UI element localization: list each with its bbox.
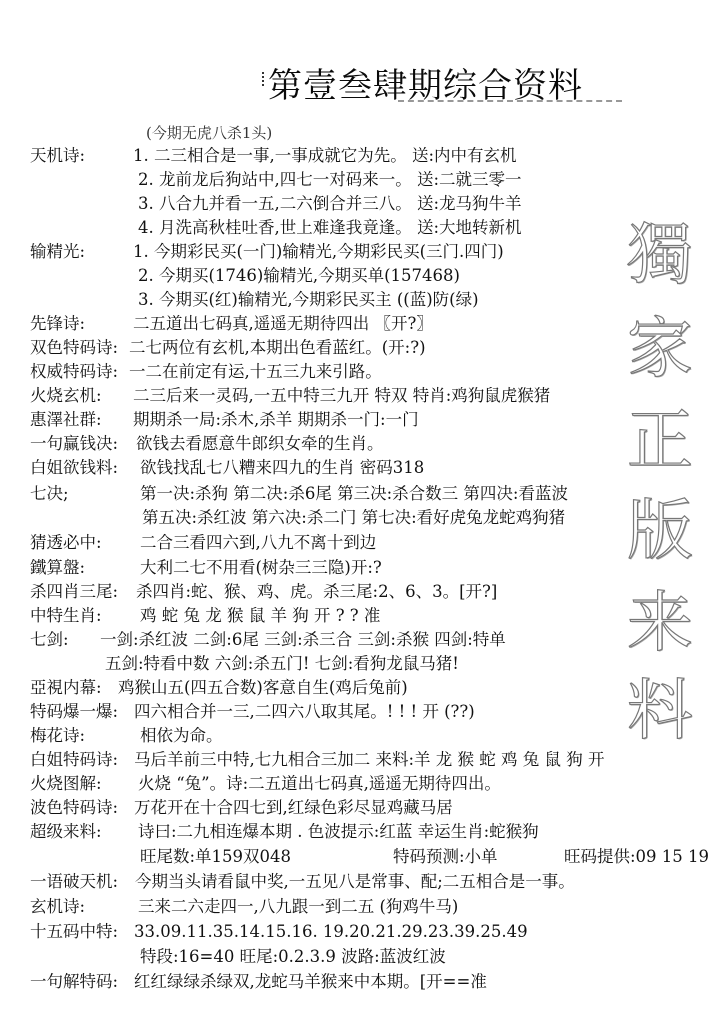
poem-line: 2. 龙前龙后狗站中,四七一对码来一。 送:二就三零一 bbox=[138, 168, 522, 192]
line: 一剑:杀红波 二剑:6尾 三剑:杀三合 三剑:杀猴 四剑:特单 bbox=[100, 628, 506, 652]
watermark-char: 版 bbox=[615, 498, 705, 564]
watermark-char: 料 bbox=[615, 678, 705, 744]
poem-line: 1. 二三相合是一事,一事成就它为先。 送:内中有玄机 bbox=[133, 144, 517, 168]
section-value: 二五道出七码真,遥遥无期待四出 〖开?〗 bbox=[133, 312, 433, 336]
section-label: 鐵算盤: bbox=[30, 556, 85, 580]
section-value: 马后羊前三中特,七九相合三加二 来料:羊 龙 猴 蛇 鸡 兔 鼠 狗 开 bbox=[134, 748, 605, 772]
section-label: 白姐欲钱料: bbox=[30, 456, 118, 480]
section-label: 特码爆一爆: bbox=[30, 700, 118, 724]
section-label: 波色特码诗: bbox=[30, 796, 118, 820]
section-label: 猜透必中: bbox=[30, 531, 102, 555]
section-label: 亞視内幕: bbox=[30, 676, 102, 700]
section-label: 杀四肖三尾: bbox=[30, 580, 118, 604]
section-value: 相依为命。 bbox=[140, 724, 223, 748]
watermark-char: 獨 bbox=[615, 222, 705, 288]
section-value: 四六相合并一三,二四六八取其尾。! ! ! 开 (??) bbox=[134, 700, 475, 724]
tema-prediction: 特码预测:小单 bbox=[393, 845, 498, 869]
section-label: 火烧玄机: bbox=[30, 384, 102, 408]
line: 诗曰:二九相连爆本期 . 色波提示:红蓝 幸运生肖:蛇猴狗 bbox=[138, 820, 539, 844]
section-label: 一语破天机: bbox=[30, 870, 118, 894]
wangma-provided: 旺码提供:09 15 19 bbox=[564, 845, 709, 869]
section-value: 万花开在十合四七到,红绿色彩尽显鸡藏马居 bbox=[134, 796, 453, 820]
section-label: 天机诗: bbox=[30, 144, 85, 168]
section-label: 七决; bbox=[30, 482, 69, 506]
section-label: 权威特码诗: bbox=[30, 360, 118, 384]
section-label: 输精光: bbox=[30, 240, 85, 264]
section-value: 鸡猴山五(四五合数)客意自生(鸡后兔前) bbox=[118, 676, 408, 700]
section-label: 先锋诗: bbox=[30, 312, 85, 336]
section-value: 二三后来一灵码,一五中特三九开 特双 特肖:鸡狗鼠虎猴猪 bbox=[133, 384, 550, 408]
watermark-char: 家 bbox=[615, 316, 705, 382]
section-label: 白姐特码诗: bbox=[30, 748, 118, 772]
section-label: 中特生肖: bbox=[30, 604, 102, 628]
section-value: 火烧 “兔”。诗:二五道出七码真,遥遥无期待四出。 bbox=[138, 772, 501, 796]
line: 五剑:特看中数 六剑:杀五门! 七剑:看狗龙鼠马猪! bbox=[105, 652, 459, 676]
section-value: 一二在前定有运,十五三九来引路。 bbox=[129, 360, 382, 384]
section-value: 三来二六走四一,八九跟一到二五 (狗鸡牛马) bbox=[138, 895, 458, 919]
line: 第五决:杀红波 第六决:杀二门 第七决:看好虎兔龙蛇鸡狗猪 bbox=[142, 506, 565, 530]
poem-line: 4. 月洗高秋桂吐香,世上难逢我竟逢。 送:大地转新机 bbox=[138, 216, 522, 240]
watermark-char: 来 bbox=[615, 590, 705, 656]
number-list: 33.09.11.35.14.15.16. 19.20.21.29.23.39.… bbox=[134, 920, 528, 944]
issue-note: (今期无虎八杀1头) bbox=[146, 122, 272, 143]
section-label: 超级来料: bbox=[30, 820, 102, 844]
line: 3. 今期买(红)输精光,今期彩民买主 ((蓝)防(绿) bbox=[138, 288, 479, 312]
section-label: 七剑: bbox=[30, 628, 69, 652]
section-value: 鸡 蛇 兔 龙 猴 鼠 羊 狗 开 ? ? 准 bbox=[140, 604, 380, 628]
section-label: 一句解特码: bbox=[30, 970, 118, 994]
line: 1. 今期彩民买(一门)输精光,今期彩民买(三门.四门) bbox=[133, 240, 504, 264]
title-underline bbox=[398, 100, 622, 105]
section-label: 火烧图解: bbox=[30, 772, 102, 796]
line: 2. 今期买(1746)输精光,今期买单(157468) bbox=[138, 264, 460, 288]
poem-line: 3. 八合九并看一五,二六倒合并三八。 送:龙马狗牛羊 bbox=[138, 192, 522, 216]
line: 第一决:杀狗 第二决:杀6尾 第三决:杀合数三 第四决:看蓝波 bbox=[140, 482, 568, 506]
section-value: 欲钱找乱七八糟来四九的生肖 密码318 bbox=[140, 456, 424, 480]
section-value: 今期当头请看鼠中奖,一五见八是常事、配;二五相合是一事。 bbox=[135, 870, 575, 894]
section-label: 梅花诗: bbox=[30, 724, 85, 748]
section-label: 十五码中特: bbox=[30, 920, 118, 944]
section-value: 二七两位有玄机,本期出色看蓝红。(开:?) bbox=[129, 336, 426, 360]
section-label: 双色特码诗: bbox=[30, 336, 118, 360]
section-label: 惠澤社群: bbox=[30, 408, 102, 432]
section-value: 大利二七不用看(树杂三三隐)开:? bbox=[140, 556, 382, 580]
section-value: 欲钱去看愿意牛郎织女牵的生肖。 bbox=[136, 432, 384, 456]
section-value: 期期杀一局:杀木,杀羊 期期杀一门:一门 bbox=[133, 408, 419, 432]
section-detail: 特段:16=40 旺尾:0.2.3.9 波路:蓝波红波 bbox=[140, 945, 446, 969]
section-value: 杀四肖:蛇、猴、鸡、虎。杀三尾:2、6、3。[开?] bbox=[136, 580, 497, 604]
section-label: 玄机诗: bbox=[30, 895, 85, 919]
wangwei-count: 旺尾数:单159双048 bbox=[140, 845, 291, 869]
section-value: 红红绿绿杀绿双,龙蛇马羊猴来中本期。[开==准 bbox=[134, 970, 487, 994]
section-value: 二合三看四六到,八九不离十到边 bbox=[140, 531, 376, 555]
watermark-char: 正 bbox=[615, 408, 705, 474]
section-label: 一句赢钱决: bbox=[30, 432, 118, 456]
title-mark bbox=[262, 72, 267, 86]
